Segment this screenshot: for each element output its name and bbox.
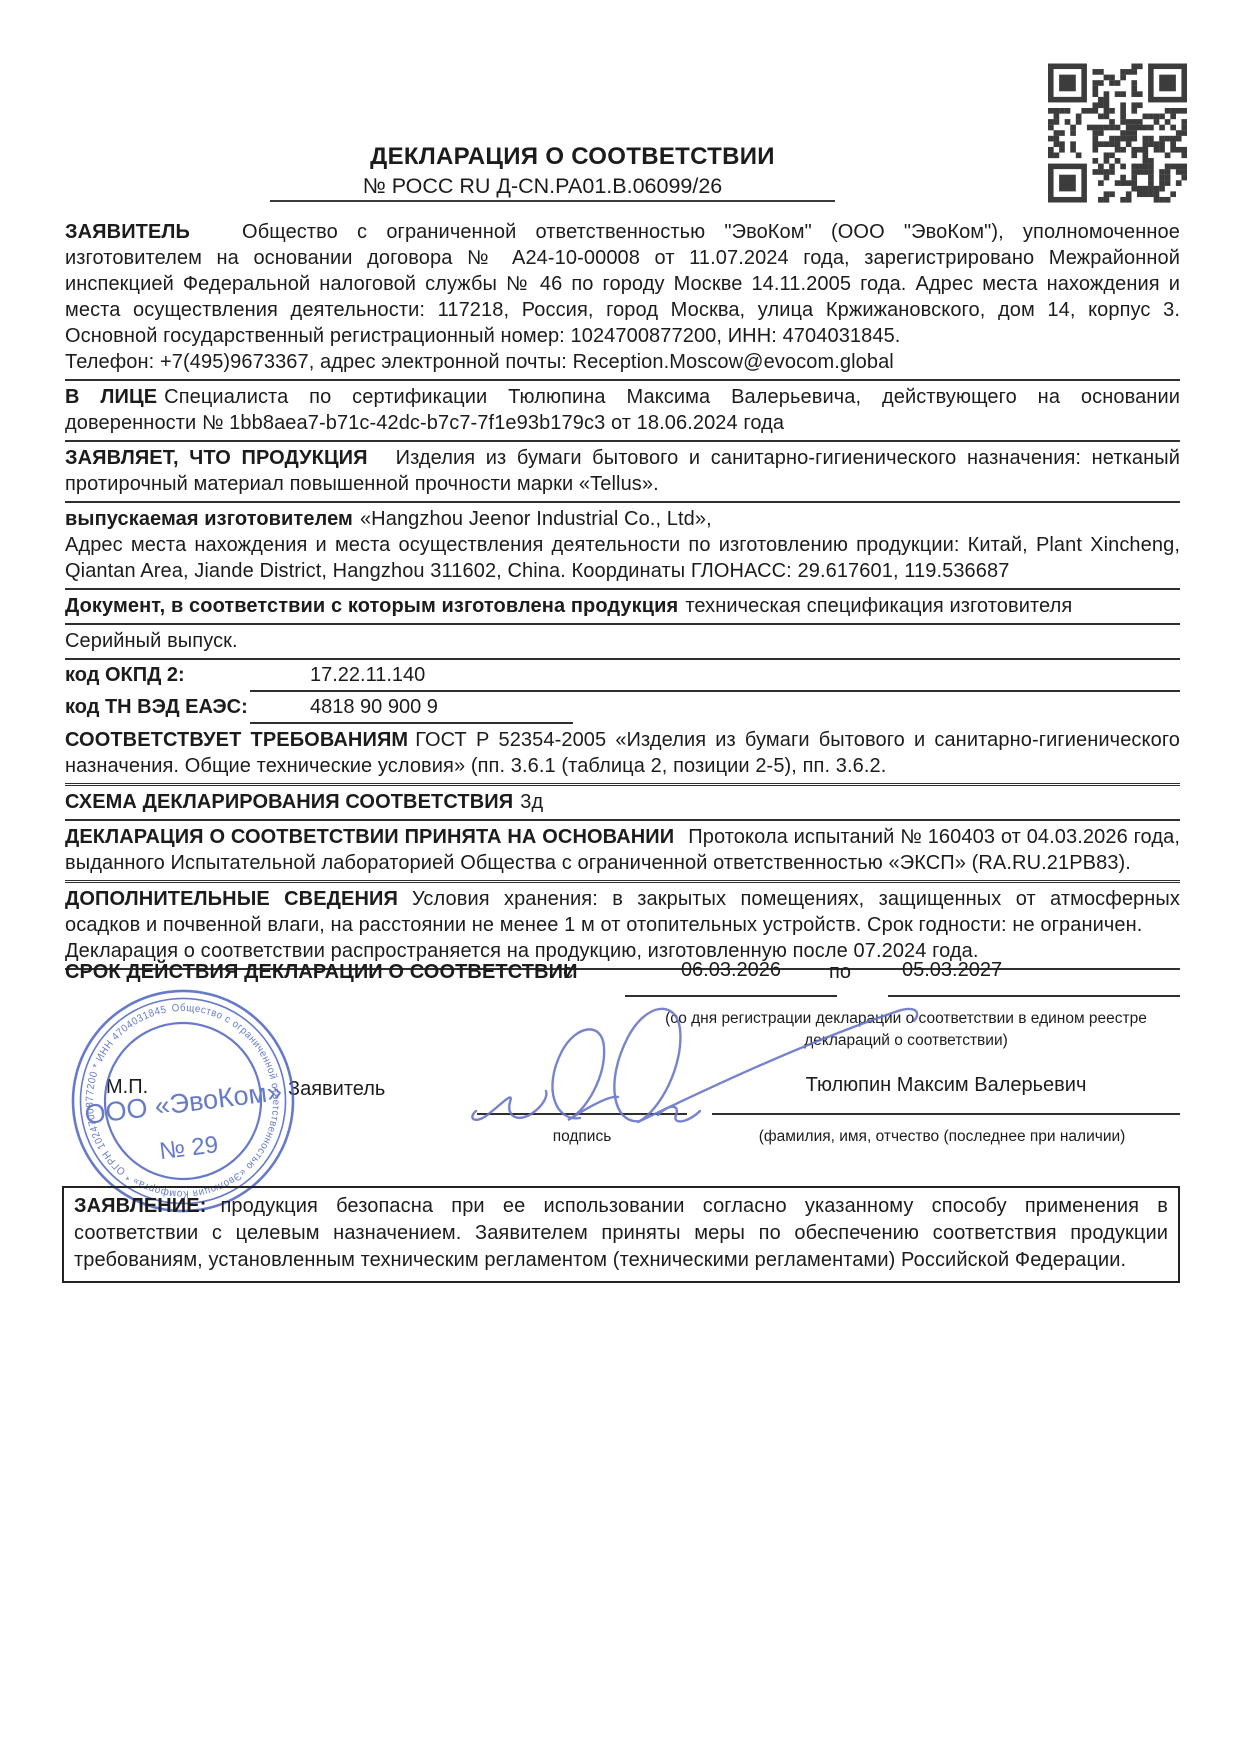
stamp-center-line1: ООО «ЭвоКом» xyxy=(83,1076,283,1130)
okpd-label: код ОКПД 2: xyxy=(65,662,250,692)
statement-text: продукция безопасна при ее использовании… xyxy=(74,1195,1168,1271)
scheme-label: СХЕМА ДЕКЛАРИРОВАНИЯ СООТВЕТСТВИЯ xyxy=(65,791,513,813)
document-label: Документ, в соответствии с которым изгот… xyxy=(65,595,678,617)
document-number: № РОСС RU Д-CN.РА01.В.06099/26 xyxy=(0,172,1100,200)
in-person-label: В ЛИЦЕ xyxy=(65,386,157,408)
okpd-value: 17.22.11.140 xyxy=(250,662,1180,692)
row-tnved: код ТН ВЭД ЕАЭС: 4818 90 900 9 xyxy=(65,692,1180,724)
in-person-text: Специалиста по сертификации Тюлюпина Мак… xyxy=(65,386,1180,434)
section-document: Документ, в соответствии с которым изгот… xyxy=(65,590,1180,625)
validity-to-word: по xyxy=(820,961,860,984)
basis-label: ДЕКЛАРАЦИЯ О СООТВЕТСТВИИ ПРИНЯТА НА ОСН… xyxy=(65,826,674,848)
section-scheme: СХЕМА ДЕКЛАРИРОВАНИЯ СООТВЕТСТВИЯ3д xyxy=(65,786,1180,821)
document-title: ДЕКЛАРАЦИЯ О СООТВЕТСТВИИ xyxy=(15,142,1130,172)
serial-text: Серийный выпуск. xyxy=(65,630,238,652)
applicant-phone: Телефон: +7(495)9673367, адрес электронн… xyxy=(65,349,1180,375)
section-applicant: ЗАЯВИТЕЛЬОбщество с ограниченной ответст… xyxy=(65,216,1180,381)
scheme-value: 3д xyxy=(520,791,543,813)
validity-from-word: с xyxy=(563,961,573,984)
section-basis: ДЕКЛАРАЦИЯ О СООТВЕТСТВИИ ПРИНЯТА НА ОСН… xyxy=(65,821,1180,883)
section-in-person: В ЛИЦЕСпециалиста по сертификации Тюлюпи… xyxy=(65,381,1180,442)
tnved-value: 4818 90 900 9 xyxy=(250,694,573,724)
number-underline xyxy=(270,200,835,202)
statement-label: ЗАЯВЛЕНИЕ: xyxy=(74,1195,206,1217)
stamp-center-line2: № 29 xyxy=(158,1131,220,1165)
applicant-role-label: Заявитель xyxy=(288,1078,385,1101)
additional-label: ДОПОЛНИТЕЛЬНЫЕ СВЕДЕНИЯ xyxy=(65,888,398,910)
section-complies: СООТВЕТСТВУЕТ ТРЕБОВАНИЯМГОСТ Р 52354-20… xyxy=(65,724,1180,786)
declaration-document: ДЕКЛАРАЦИЯ О СООТВЕТСТВИИ № РОСС RU Д-CN… xyxy=(0,0,1240,1754)
manufacturer-address: Адрес места нахождения и места осуществл… xyxy=(65,532,1180,584)
manufacturer-label: выпускаемая изготовителем xyxy=(65,508,353,530)
section-manufacturer: выпускаемая изготовителем«Hangzhou Jeeno… xyxy=(65,503,1180,590)
section-additional: ДОПОЛНИТЕЛЬНЫЕ СВЕДЕНИЯУсловия хранения:… xyxy=(65,883,1180,970)
validity-label: СРОК ДЕЙСТВИЯ ДЕКЛАРАЦИИ О СООТВЕТСТВИИ xyxy=(65,961,578,984)
manufacturer-name: «Hangzhou Jeenor Industrial Co., Ltd», xyxy=(360,508,712,530)
title-block: ДЕКЛАРАЦИЯ О СООТВЕТСТВИИ № РОСС RU Д-CN… xyxy=(65,142,1180,202)
statement-box: ЗАЯВЛЕНИЕ:продукция безопасна при ее исп… xyxy=(62,1186,1180,1283)
complies-label: СООТВЕТСТВУЕТ ТРЕБОВАНИЯМ xyxy=(65,729,408,751)
tnved-label: код ТН ВЭД ЕАЭС: xyxy=(65,694,250,724)
applicant-text: Общество с ограниченной ответственностью… xyxy=(65,221,1180,347)
handwritten-signature xyxy=(462,985,962,1140)
section-declares: ЗАЯВЛЯЕТ, ЧТО ПРОДУКЦИЯИзделия из бумаги… xyxy=(65,442,1180,503)
document-content: ДЕКЛАРАЦИЯ О СООТВЕТСТВИИ № РОСС RU Д-CN… xyxy=(65,0,1180,970)
section-serial: Серийный выпуск. xyxy=(65,625,1180,660)
document-text: техническая спецификация изготовителя xyxy=(685,595,1072,617)
declares-label: ЗАЯВЛЯЕТ, ЧТО ПРОДУКЦИЯ xyxy=(65,447,368,469)
row-okpd: код ОКПД 2: 17.22.11.140 xyxy=(65,660,1180,692)
applicant-label: ЗАЯВИТЕЛЬ xyxy=(65,221,190,243)
